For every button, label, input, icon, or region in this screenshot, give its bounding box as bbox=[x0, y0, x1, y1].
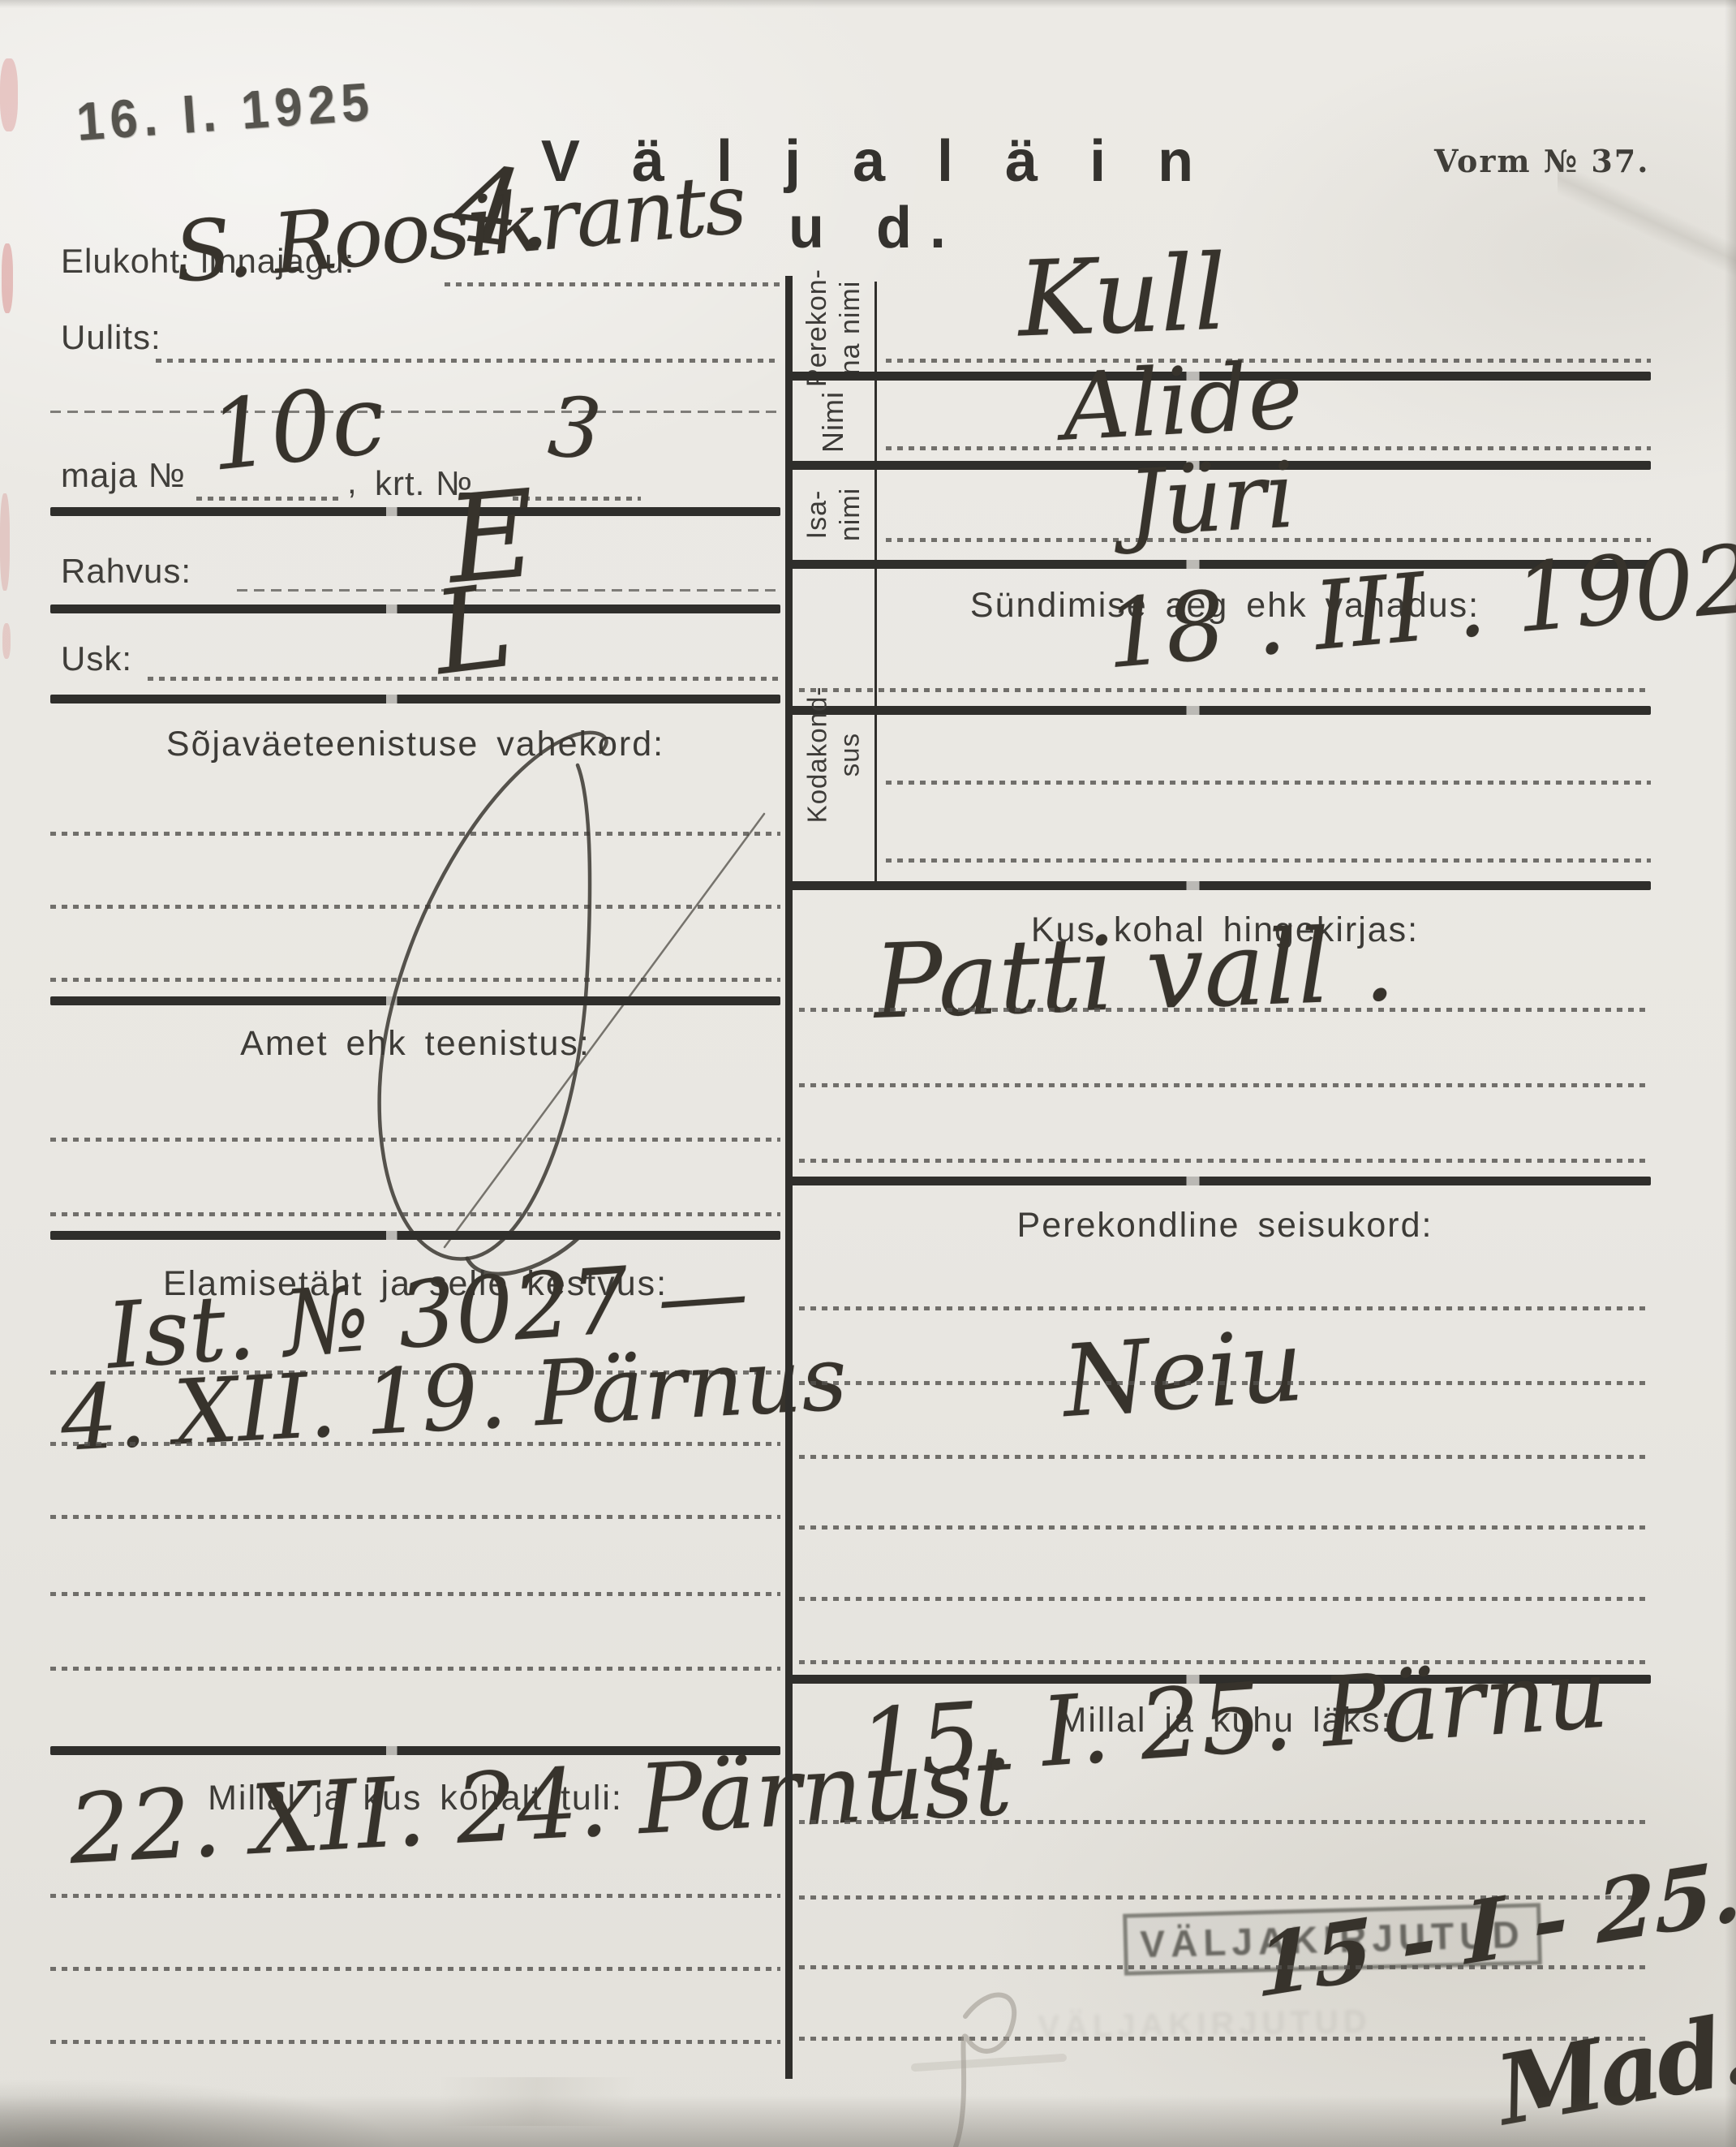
dotted-line bbox=[50, 1138, 780, 1142]
dotted-line bbox=[799, 1965, 1651, 1969]
dotted-line bbox=[50, 1515, 780, 1519]
dashed-line bbox=[50, 411, 780, 413]
scan-edge-red-mark bbox=[0, 493, 10, 591]
dotted-line bbox=[196, 497, 344, 501]
rule-bar bbox=[50, 605, 780, 613]
expelled-ink-stamp-ghost: VÄLJAKIRJUTUD bbox=[1018, 2001, 1392, 2048]
paper-crease bbox=[1558, 49, 1736, 389]
house-number-value-handwritten: 10c bbox=[204, 371, 389, 484]
rule-bar bbox=[791, 1177, 1651, 1185]
dotted-line bbox=[799, 1159, 1651, 1163]
rule-bar bbox=[50, 507, 780, 516]
dotted-line bbox=[50, 1967, 780, 1971]
dotted-line bbox=[799, 1306, 1651, 1310]
house-number-label: maja № bbox=[61, 456, 186, 495]
dotted-line bbox=[50, 1667, 780, 1671]
dotted-line bbox=[799, 1083, 1651, 1087]
firstname-value-handwritten: Alide bbox=[1060, 349, 1304, 454]
dotted-line bbox=[799, 1381, 1651, 1385]
dotted-line bbox=[445, 282, 780, 286]
apartment-value-handwritten: 3 bbox=[546, 386, 604, 472]
scan-edge-red-mark bbox=[2, 623, 11, 659]
scan-top-shadow bbox=[0, 0, 1736, 8]
rule-bar bbox=[791, 706, 1651, 715]
fathername-value-handwritten: Jüri bbox=[1125, 450, 1297, 550]
registry-value-handwritten: Patti vall . bbox=[872, 914, 1397, 1034]
surname-value-handwritten: Kull bbox=[1016, 242, 1228, 353]
citizenship-label: Kodakond-sus bbox=[800, 672, 868, 838]
rule-bar bbox=[50, 1231, 780, 1240]
scan-edge-red-mark bbox=[0, 58, 18, 131]
occupation-section-label: Amet ehk teenistus: bbox=[50, 1024, 780, 1064]
rule-bar bbox=[50, 996, 780, 1005]
dotted-line bbox=[799, 1455, 1651, 1459]
religion-value-handwritten: L bbox=[428, 569, 518, 692]
dotted-line bbox=[886, 858, 1651, 863]
scanned-form-page: 16. I. 1925 V ä l j a l ä i n u d. Vorm … bbox=[0, 0, 1736, 2147]
dotted-line bbox=[799, 1008, 1651, 1012]
dotted-line bbox=[50, 1894, 780, 1898]
date-stamp: 16. I. 1925 bbox=[75, 70, 376, 152]
paper-crease bbox=[49, 2077, 1022, 2126]
dotted-line bbox=[156, 359, 780, 363]
marital-label: Perekondline seisukord: bbox=[799, 1206, 1651, 1246]
dotted-line bbox=[886, 781, 1651, 785]
dotted-line bbox=[799, 1597, 1651, 1601]
written-departure-date-handwritten: 15 - I - 25. bbox=[1256, 1848, 1736, 2010]
dotted-line bbox=[50, 1442, 780, 1446]
scan-edge-red-mark bbox=[2, 243, 13, 313]
religion-label: Usk: bbox=[61, 639, 132, 678]
dotted-line bbox=[799, 1820, 1651, 1824]
dotted-line bbox=[50, 2040, 780, 2044]
nationality-label: Rahvus: bbox=[61, 552, 191, 591]
street-value-handwritten: S. Roosikrants bbox=[171, 163, 747, 295]
rule-bar bbox=[791, 881, 1651, 890]
marital-value-handwritten: Neiu bbox=[1059, 1316, 1306, 1431]
rule-bar bbox=[50, 695, 780, 703]
street-label: Uulits: bbox=[61, 318, 161, 357]
dotted-line bbox=[799, 688, 1651, 692]
dotted-line bbox=[799, 1525, 1651, 1530]
dotted-line bbox=[50, 1212, 780, 1216]
dotted-line bbox=[50, 1592, 780, 1596]
departure-value-handwritten: 15. I. 25. Pärnu bbox=[856, 1645, 1611, 1792]
